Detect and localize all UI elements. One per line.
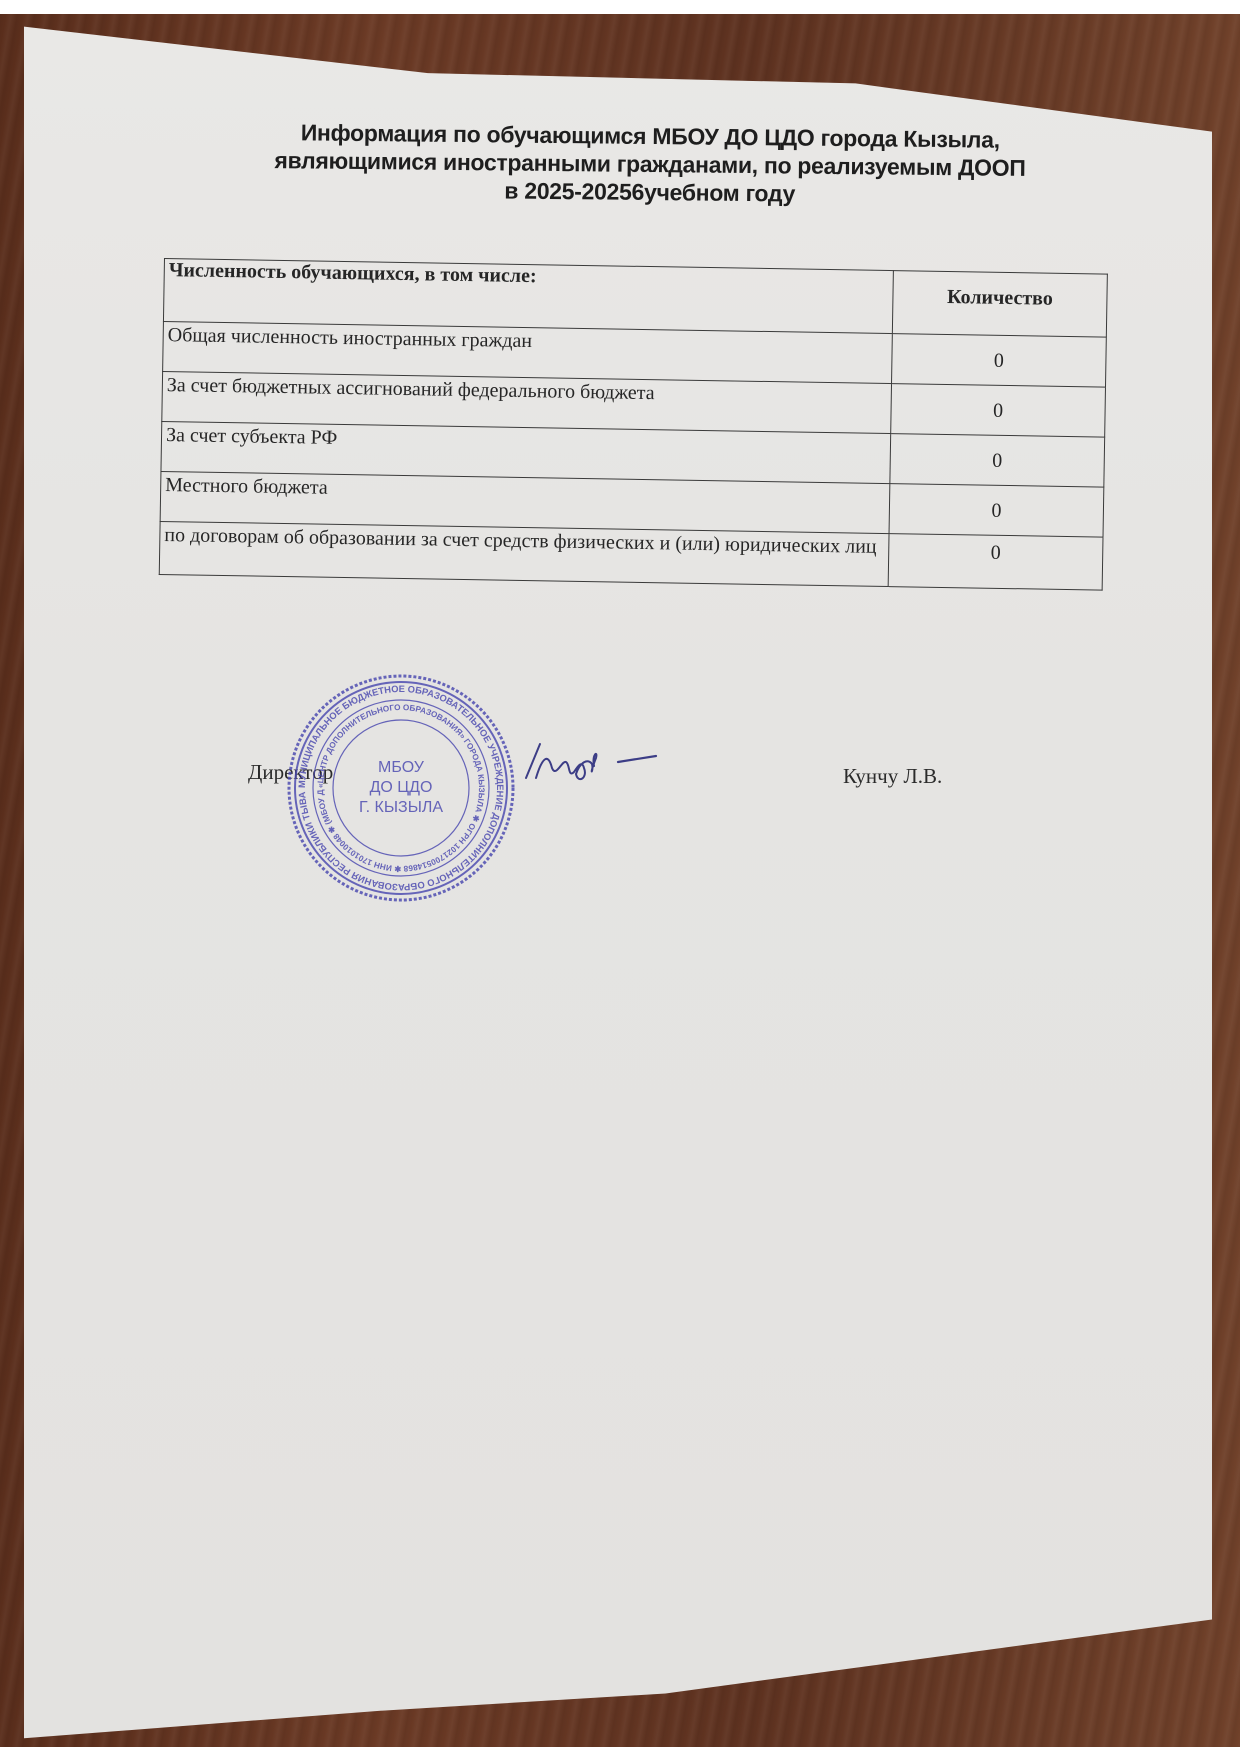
- row-value: 0: [890, 434, 1105, 488]
- header-label-cell: Численность обучающихся, в том числе:: [163, 259, 893, 334]
- row-value: 0: [892, 334, 1107, 388]
- row-label: по договорам об образовании за счет сред…: [159, 521, 889, 586]
- stamp-center-line-1: МБОУ: [378, 759, 425, 776]
- stamp-center-line-2: ДО ЦДО: [370, 779, 433, 796]
- data-table: Численность обучающихся, в том числе: Ко…: [159, 258, 1108, 591]
- handwritten-signature-icon: [518, 738, 668, 788]
- official-stamp-icon: МУНИЦИПАЛЬНОЕ БЮДЖЕТНОЕ ОБРАЗОВАТЕЛЬНОЕ …: [285, 672, 517, 904]
- row-value: 0: [891, 384, 1106, 438]
- students-table: Численность обучающихся, в том числе: Ко…: [159, 258, 1108, 591]
- row-value: 0: [888, 534, 1103, 591]
- row-value: 0: [889, 484, 1104, 538]
- header-quantity-cell: Количество: [892, 271, 1107, 338]
- document-title: Информация по обучающимся МБОУ ДО ЦДО го…: [210, 117, 1091, 210]
- signatory-name: Кунчу Л.В.: [843, 764, 942, 789]
- stamp-center-line-3: Г. КЫЗЫЛА: [359, 799, 443, 816]
